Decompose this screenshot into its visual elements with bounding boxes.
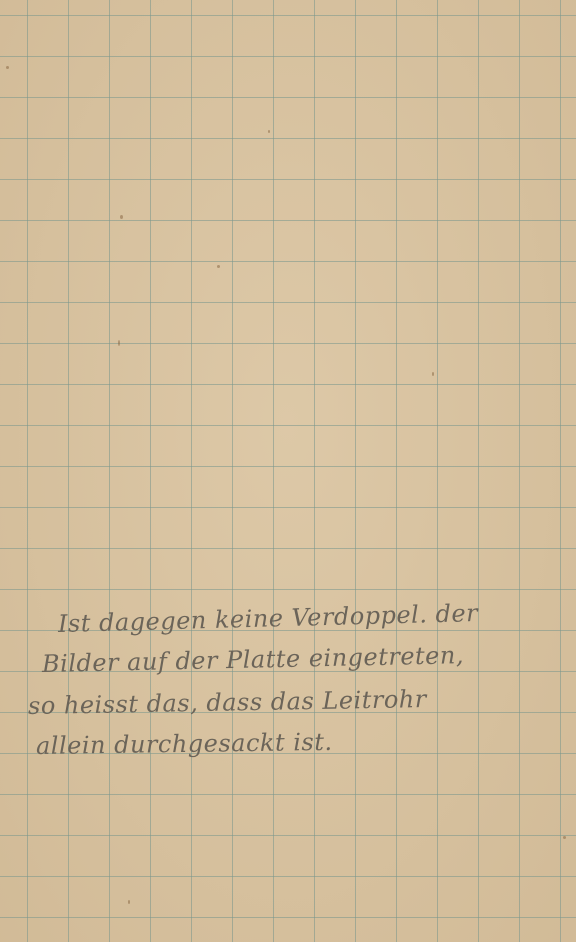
paper-speck: [268, 130, 270, 133]
paper-speck: [563, 836, 566, 839]
paper-speck: [128, 900, 130, 904]
paper-speck: [432, 372, 434, 376]
handwriting-line: Bilder auf der Platte eingetreten,: [42, 641, 465, 678]
paper-speck: [6, 66, 9, 69]
paper-speck: [217, 265, 220, 268]
notebook-page: Ist dagegen keine Verdoppel. der Bilder …: [0, 0, 576, 942]
paper-speck: [118, 340, 120, 346]
handwriting-line: Ist dagegen keine Verdoppel. der: [58, 599, 479, 638]
handwriting-line: so heisst das, dass das Leitrohr: [28, 685, 427, 720]
handwriting-line: allein durchgesackt ist.: [36, 728, 333, 760]
paper-speck: [120, 215, 123, 219]
